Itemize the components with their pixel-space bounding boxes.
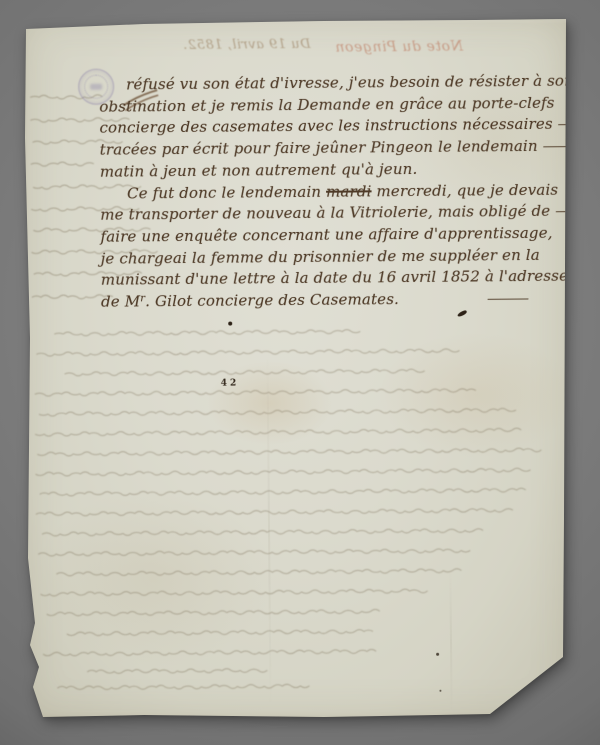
letter-page: Du 19 avril, 1852. Note du Pingeon réfus… [24, 18, 569, 718]
trailing-dash: —— [555, 202, 582, 220]
trailing-dash: —— [543, 137, 570, 155]
letter-line: de Mr. Gilot concierge des Casemates.——— [101, 289, 528, 311]
line-text: matin à jeun et non autrement qu'à jeun. [100, 160, 418, 181]
line-text: Ce fut donc le lendemain [127, 182, 326, 202]
letter-line: Ce fut donc le lendemain mardi mercredi,… [127, 180, 558, 202]
letter-line: matin à jeun et non autrement qu'à jeun. [100, 160, 418, 181]
trailing-dash: ——— [558, 115, 599, 133]
line-text: mercredi, que je devais [371, 180, 558, 200]
trailing-dash: ——— [487, 289, 528, 307]
letter-line: obstination et je remis la Demande en gr… [99, 93, 554, 115]
line-text: faire une enquête concernant une affaire… [100, 224, 552, 246]
letter-line: réfusé vu son état d'ivresse, j'eus beso… [126, 72, 574, 94]
paper-shadow: Du 19 avril, 1852. Note du Pingeon réfus… [0, 0, 600, 745]
line-text: tracées par écrit pour faire jeûner Ping… [100, 137, 543, 159]
line-text: . Gilot concierge des Casemates. [145, 290, 399, 310]
ink-speck [439, 690, 441, 692]
ink-speck [436, 653, 439, 656]
letter-body: réfusé vu son état d'ivresse, j'eus beso… [22, 16, 573, 721]
letter-line: me transporter de nouveau à la Vitrioler… [100, 202, 582, 224]
line-text: munissant d'une lettre à la date du 16 a… [101, 267, 568, 289]
line-text: concierge des casemates avec les instruc… [99, 115, 557, 137]
letter-line: faire une enquête concernant une affaire… [100, 224, 552, 246]
line-text: me transporter de nouveau à la Vitrioler… [100, 202, 555, 224]
photo-background: Du 19 avril, 1852. Note du Pingeon réfus… [0, 0, 600, 745]
ink-blot-dot [228, 322, 232, 326]
foliation-number: 42 [221, 379, 240, 389]
line-text: réfusé vu son état d'ivresse, j'eus beso… [126, 72, 574, 94]
line-text: obstination et je remis la Demande en gr… [99, 93, 554, 115]
letter-line: tracées par écrit pour faire jeûner Ping… [100, 137, 570, 159]
letter-line: munissant d'une lettre à la date du 16 a… [101, 267, 568, 289]
line-text: de M [101, 292, 140, 310]
letter-line: je chargeai la femme du prisonnier de me… [101, 245, 540, 267]
struck-word: mardi [326, 182, 372, 200]
page-content: Du 19 avril, 1852. Note du Pingeon réfus… [22, 16, 573, 721]
line-text: je chargeai la femme du prisonnier de me… [101, 245, 540, 267]
letter-line: concierge des casemates avec les instruc… [99, 115, 598, 137]
